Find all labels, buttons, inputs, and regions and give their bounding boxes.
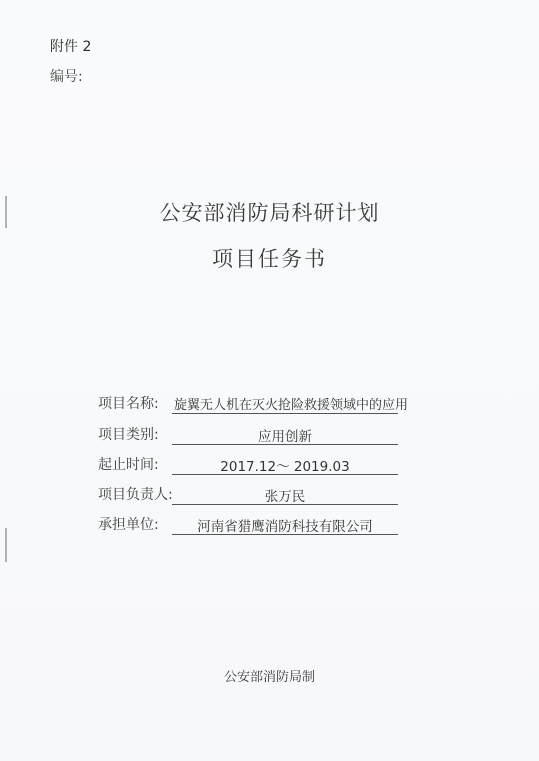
field-value-period: 2017.12～ 2019.03	[172, 455, 398, 475]
field-label-period: 起止时间:	[98, 454, 159, 474]
document-subtitle: 项目任务书	[0, 243, 539, 273]
field-label-category: 项目类别:	[98, 424, 159, 444]
field-value-project-name: 旋翼无人机在灭火抢险救援领域中的应用	[170, 394, 412, 413]
field-label-leader: 项目负责人:	[98, 484, 173, 504]
field-label-organization: 承担单位:	[98, 514, 159, 534]
field-underline	[172, 504, 398, 505]
attachment-label: 附件 2	[50, 36, 91, 56]
field-value-category: 应用创新	[172, 425, 398, 445]
field-underline	[172, 534, 398, 535]
field-value-organization: 河南省猎鹰消防科技有限公司	[172, 515, 398, 535]
field-value-leader: 张万民	[172, 485, 398, 505]
field-label-project-name: 项目名称:	[98, 393, 159, 413]
document-page: 附件 2 编号: 公安部消防局科研计划 项目任务书 项目名称: 旋翼无人机在灭火…	[0, 0, 539, 761]
binding-mark-bottom	[5, 528, 7, 562]
field-underline	[172, 444, 398, 445]
issuer-footer: 公安部消防局制	[0, 666, 539, 685]
field-underline	[172, 474, 398, 475]
serial-number-label: 编号:	[50, 66, 83, 86]
field-underline	[172, 413, 398, 414]
document-title: 公安部消防局科研计划	[0, 197, 539, 227]
